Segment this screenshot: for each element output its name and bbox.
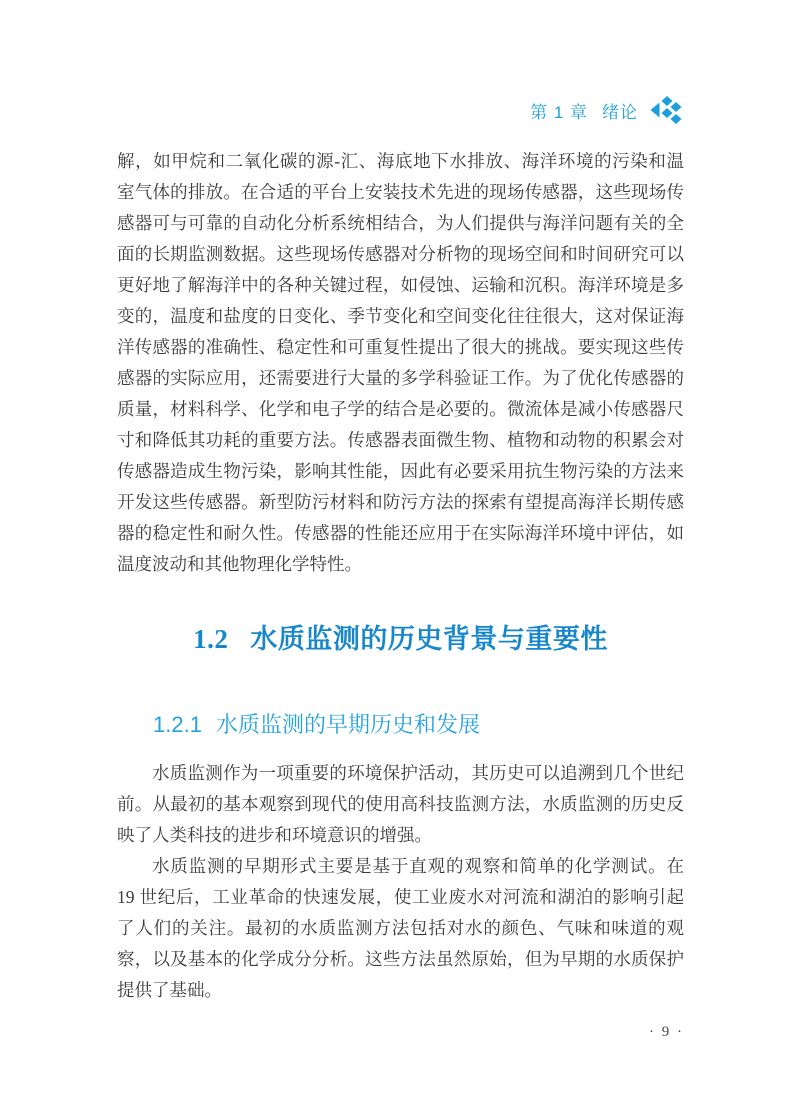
chapter-number-label: 第 1 章	[530, 98, 588, 123]
text-line: 温度波动和其他物理化学特性。	[117, 549, 684, 580]
book-page: 第 1 章 绪论 解，如甲烷和二氧化碳的源-汇、海底地下水排放、海洋环境的污染和…	[0, 0, 799, 1118]
text-line: 映了人类科技的进步和环境意识的增强。	[117, 820, 684, 851]
history-paragraph: 水质监测作为一项重要的环境保护活动，其历史可以追溯到几个世纪前。从最初的基本观察…	[117, 758, 684, 851]
text-line: 感器可与可靠的自动化分析系统相结合，为人们提供与海洋问题有关的全	[117, 208, 684, 239]
text-line: 开发这些传感器。新型防污材料和防污方法的探索有望提高海洋长期传感	[117, 487, 684, 518]
text-line: 室气体的排放。在合适的平台上安装技术先进的现场传感器，这些现场传	[117, 177, 684, 208]
early-forms-paragraph: 水质监测的早期形式主要是基于直观的观察和简单的化学测试。在19 世纪后，工业革命…	[117, 851, 684, 1006]
text-line: 察，以及基本的化学成分分析。这些方法虽然原始，但为早期的水质保护	[117, 944, 684, 975]
subsection-number: 1.2.1	[153, 712, 202, 737]
chapter-title-label: 绪论	[602, 98, 638, 123]
text-line: 洋传感器的准确性、稳定性和可重复性提出了很大的挑战。要实现这些传	[117, 332, 684, 363]
text-line: 质量，材料科学、化学和电子学的结合是必要的。微流体是减小传感器尺	[117, 394, 684, 425]
continuation-paragraph: 解，如甲烷和二氧化碳的源-汇、海底地下水排放、海洋环境的污染和温室气体的排放。在…	[117, 146, 684, 580]
text-line: 器的稳定性和耐久性。传感器的性能还应用于在实际海洋环境中评估，如	[117, 518, 684, 549]
page-number: · 9 ·	[649, 1024, 684, 1041]
text-line: 传感器造成生物污染，影响其性能，因此有必要采用抗生物污染的方法来	[117, 456, 684, 487]
diamond-cluster-publisher-icon	[650, 94, 688, 126]
text-line: 寸和降低其功耗的重要方法。传感器表面微生物、植物和动物的积累会对	[117, 425, 684, 456]
text-line: 面的长期监测数据。这些现场传感器对分析物的现场空间和时间研究可以	[117, 239, 684, 270]
text-line: 更好地了解海洋中的各种关键过程，如侵蚀、运输和沉积。海洋环境是多	[117, 270, 684, 301]
text-line: 解，如甲烷和二氧化碳的源-汇、海底地下水排放、海洋环境的污染和温	[117, 146, 684, 177]
running-head: 第 1 章 绪论	[530, 94, 688, 126]
text-line: 水质监测作为一项重要的环境保护活动，其历史可以追溯到几个世纪	[117, 758, 684, 789]
text-line: 变的，温度和盐度的日变化、季节变化和空间变化往往很大，这对保证海	[117, 301, 684, 332]
text-line: 19 世纪后，工业革命的快速发展，使工业废水对河流和湖泊的影响引起	[117, 882, 684, 913]
subsection-title: 水质监测的早期历史和发展	[216, 712, 480, 737]
text-line: 感器的实际应用，还需要进行大量的多学科验证工作。为了优化传感器的	[117, 363, 684, 394]
section-heading: 1.2水质监测的历史背景与重要性	[117, 622, 684, 656]
text-column: 解，如甲烷和二氧化碳的源-汇、海底地下水排放、海洋环境的污染和温室气体的排放。在…	[117, 146, 684, 1006]
subsection-heading: 1.2.1水质监测的早期历史和发展	[153, 712, 684, 738]
text-line: 了人们的关注。最初的水质监测方法包括对水的颜色、气味和味道的观	[117, 913, 684, 944]
text-line: 水质监测的早期形式主要是基于直观的观察和简单的化学测试。在	[117, 851, 684, 882]
section-title: 水质监测的历史背景与重要性	[250, 624, 608, 654]
text-line: 前。从最初的基本观察到现代的使用高科技监测方法，水质监测的历史反	[117, 789, 684, 820]
section-number: 1.2	[193, 624, 228, 654]
text-line: 提供了基础。	[117, 975, 684, 1006]
